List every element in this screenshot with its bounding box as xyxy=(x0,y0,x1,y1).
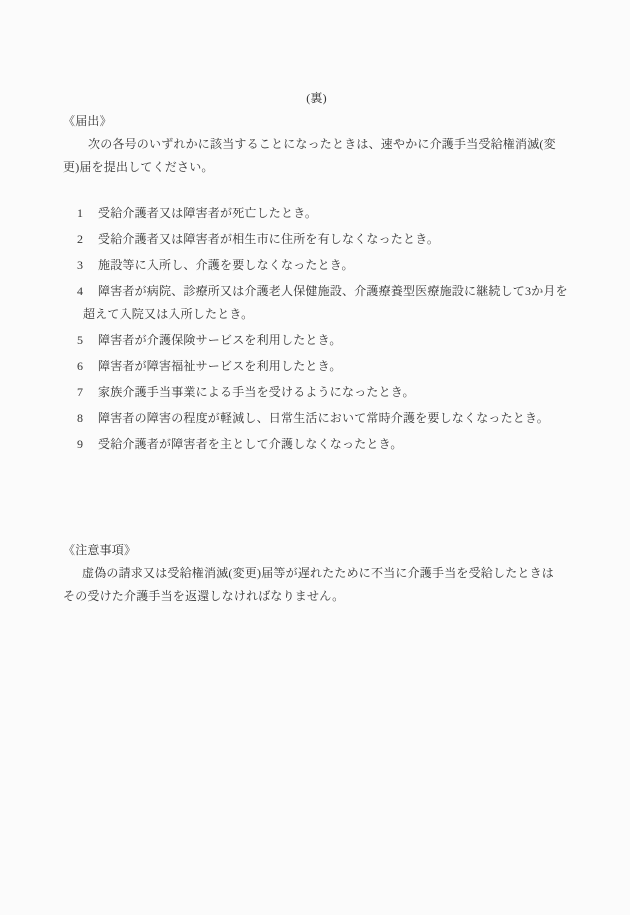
list-item-number: 1 xyxy=(77,202,98,225)
list-item-text: 受給介護者又は障害者が死亡したとき。 xyxy=(98,206,317,220)
notes-section: 《注意事項》 虚偽の請求又は受給権消滅(変更)届等が遅れたために不当に介護手当を… xyxy=(63,539,570,608)
notes-body: 虚偽の請求又は受給権消滅(変更)届等が遅れたために不当に介護手当を受給したときは… xyxy=(63,562,570,608)
list-item-number: 3 xyxy=(77,254,98,277)
notes-body-line: その受けた介護手当を返還しなければなりません。 xyxy=(63,585,570,608)
page-side-label: (裏) xyxy=(63,87,570,110)
list-item: 9受給介護者が障害者を主として介護しなくなったとき。 xyxy=(63,433,570,456)
list-item-text: 障害者が障害福祉サービスを利用したとき。 xyxy=(98,359,342,373)
list-item-number: 6 xyxy=(77,355,98,378)
list-item-first-line: 6障害者が障害福祉サービスを利用したとき。 xyxy=(63,355,570,378)
list-item-first-line: 9受給介護者が障害者を主として介護しなくなったとき。 xyxy=(63,433,570,456)
notification-section: 《届出》 次の各号のいずれかに該当することになったときは、速やかに介護手当受給権… xyxy=(63,110,570,456)
list-item-first-line: 1受給介護者又は障害者が死亡したとき。 xyxy=(63,202,570,225)
list-item-text: 障害者が病院、診療所又は介護老人保健施設、介護療養型医療施設に継続して3か月を xyxy=(98,284,568,298)
list-item-text: 家族介護手当事業による手当を受けるようになったとき。 xyxy=(98,385,415,399)
list-item: 8障害者の障害の程度が軽減し、日常生活において常時介護を要しなくなったとき。 xyxy=(63,407,570,430)
list-item-number: 4 xyxy=(77,280,98,303)
list-item: 3施設等に入所し、介護を要しなくなったとき。 xyxy=(63,254,570,277)
list-item: 1受給介護者又は障害者が死亡したとき。 xyxy=(63,202,570,225)
list-item-text: 受給介護者又は障害者が相生市に住所を有しなくなったとき。 xyxy=(98,232,439,246)
list-item-number: 5 xyxy=(77,329,98,352)
list-item-text: 施設等に入所し、介護を要しなくなったとき。 xyxy=(98,258,354,272)
list-item: 5障害者が介護保険サービスを利用したとき。 xyxy=(63,329,570,352)
list-item: 7家族介護手当事業による手当を受けるようになったとき。 xyxy=(63,381,570,404)
notes-heading: 《注意事項》 xyxy=(63,539,570,562)
list-item: 6障害者が障害福祉サービスを利用したとき。 xyxy=(63,355,570,378)
notification-items: 1受給介護者又は障害者が死亡したとき。2受給介護者又は障害者が相生市に住所を有し… xyxy=(63,202,570,456)
list-item-number: 2 xyxy=(77,228,98,251)
list-item-number: 9 xyxy=(77,433,98,456)
list-item: 2受給介護者又は障害者が相生市に住所を有しなくなったとき。 xyxy=(63,228,570,251)
notification-heading: 《届出》 xyxy=(63,110,570,133)
notes-body-line: 虚偽の請求又は受給権消滅(変更)届等が遅れたために不当に介護手当を受給したときは xyxy=(63,562,570,585)
notification-body: 次の各号のいずれかに該当することになったときは、速やかに介護手当受給権消滅(変更… xyxy=(63,133,570,179)
list-item-number: 7 xyxy=(77,381,98,404)
list-item-continuation: 超えて入院又は入所したとき。 xyxy=(63,303,570,326)
notification-body-line: 次の各号のいずれかに該当することになったときは、速やかに介護手当受給権消滅(変 xyxy=(63,133,570,156)
list-item-first-line: 8障害者の障害の程度が軽減し、日常生活において常時介護を要しなくなったとき。 xyxy=(63,407,570,430)
list-item-first-line: 5障害者が介護保険サービスを利用したとき。 xyxy=(63,329,570,352)
list-item-first-line: 7家族介護手当事業による手当を受けるようになったとき。 xyxy=(63,381,570,404)
list-item-text: 障害者の障害の程度が軽減し、日常生活において常時介護を要しなくなったとき。 xyxy=(98,411,549,425)
list-item-first-line: 2受給介護者又は障害者が相生市に住所を有しなくなったとき。 xyxy=(63,228,570,251)
list-item-number: 8 xyxy=(77,407,98,430)
document-page: (裏) 《届出》 次の各号のいずれかに該当することになったときは、速やかに介護手… xyxy=(0,0,630,915)
notification-body-line: 更)届を提出してください。 xyxy=(63,156,570,179)
list-item-first-line: 4障害者が病院、診療所又は介護老人保健施設、介護療養型医療施設に継続して3か月を xyxy=(63,280,570,303)
list-item-text: 受給介護者が障害者を主として介護しなくなったとき。 xyxy=(98,437,403,451)
list-item-text: 障害者が介護保険サービスを利用したとき。 xyxy=(98,333,342,347)
list-item-first-line: 3施設等に入所し、介護を要しなくなったとき。 xyxy=(63,254,570,277)
list-item: 4障害者が病院、診療所又は介護老人保健施設、介護療養型医療施設に継続して3か月を… xyxy=(63,280,570,326)
